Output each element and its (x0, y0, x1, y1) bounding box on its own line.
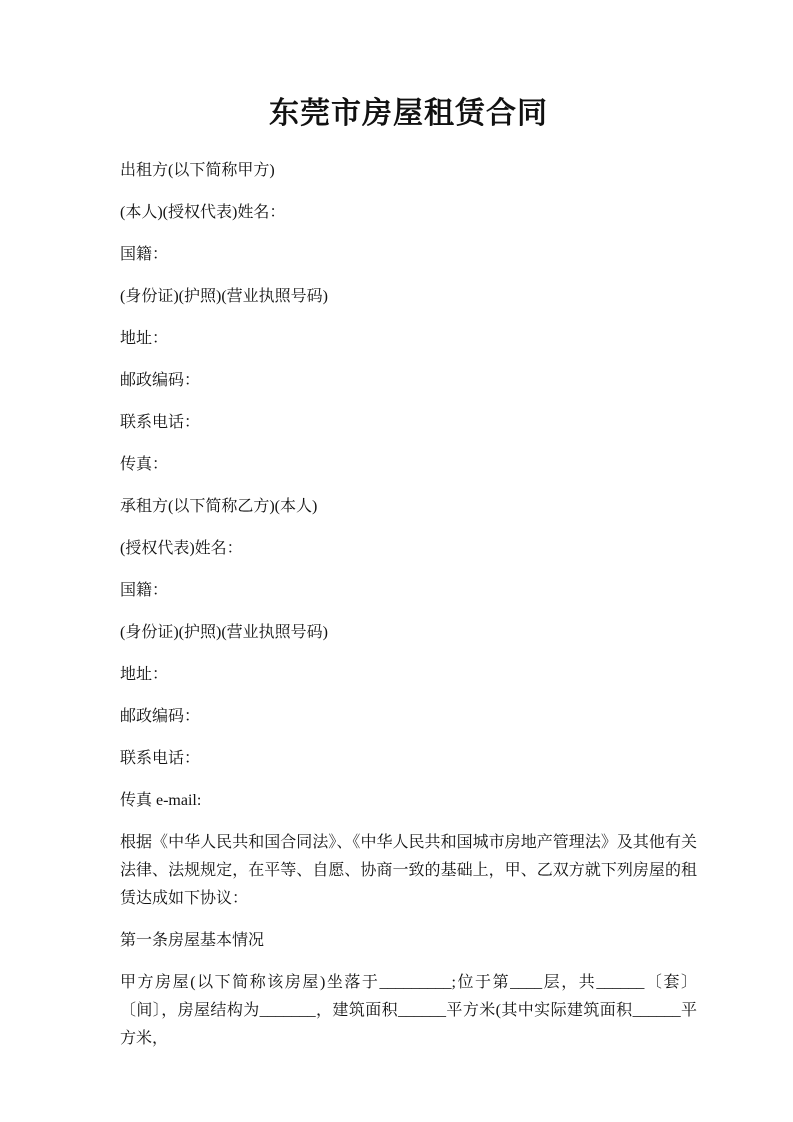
para-lessee: 承租方(以下简称乙方)(本人) (120, 493, 697, 521)
para-lessee-nationality: 国籍： (120, 577, 697, 605)
contract-document-page: 东莞市房屋租赁合同 出租方(以下简称甲方) (本人)(授权代表)姓名： 国籍： … (0, 0, 793, 1122)
para-lessee-id-numbers: (身份证)(护照)(营业执照号码) (120, 619, 697, 647)
para-lessor-id-numbers: (身份证)(护照)(营业执照号码) (120, 283, 697, 311)
para-article1-heading: 第一条房屋基本情况 (120, 927, 697, 955)
para-lessee-postcode: 邮政编码： (120, 703, 697, 731)
para-lessor-nationality: 国籍： (120, 241, 697, 269)
para-house-basic-info: 甲方房屋(以下简称该房屋)坐落于_________;位于第____层，共____… (120, 969, 697, 1053)
para-lessee-fax-email: 传真 e-mail: (120, 787, 697, 815)
para-preamble: 根据《中华人民共和国合同法》、《中华人民共和国城市房地产管理法》及其他有关法律、… (120, 829, 697, 913)
para-lessee-address: 地址： (120, 661, 697, 689)
document-title: 东莞市房屋租赁合同 (120, 94, 697, 135)
para-lessor-address: 地址： (120, 325, 697, 353)
para-lessor-postcode: 邮政编码： (120, 367, 697, 395)
para-lessor-phone: 联系电话： (120, 409, 697, 437)
para-lessor-name: (本人)(授权代表)姓名： (120, 199, 697, 227)
para-lessor: 出租方(以下简称甲方) (120, 157, 697, 185)
para-lessee-phone: 联系电话： (120, 745, 697, 773)
para-lessee-name: (授权代表)姓名： (120, 535, 697, 563)
para-lessor-fax: 传真： (120, 451, 697, 479)
